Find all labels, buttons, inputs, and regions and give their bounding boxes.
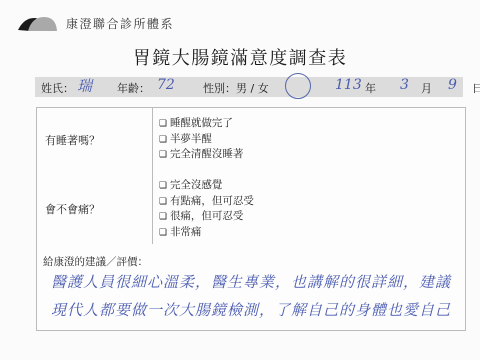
- option-checkbox[interactable]: 完全清醒沒睡著: [159, 147, 243, 163]
- option-checkbox[interactable]: 很痛，但可忍受: [159, 209, 254, 225]
- option-checkbox-checked[interactable]: 完全沒感覺: [159, 178, 254, 194]
- year-label: 年: [365, 80, 376, 96]
- age-label: 年齡：: [117, 80, 150, 96]
- divider: [152, 169, 153, 244]
- page-title: 胃鏡大腸鏡滿意度調查表: [0, 44, 480, 70]
- age-value[interactable]: 72: [157, 77, 175, 93]
- name-value[interactable]: 瑞: [77, 75, 92, 96]
- question-pain: 會不會痛？ 完全沒感覺 有點痛，但可忍受 很痛，但可忍受 非常痛: [36, 169, 466, 245]
- option-checkbox[interactable]: 睡醒就做完了: [159, 116, 243, 132]
- question-label: 會不會痛？: [45, 201, 100, 217]
- option-checkbox[interactable]: 非常痛: [159, 225, 254, 241]
- option-checkbox[interactable]: 有點痛，但可忍受: [159, 194, 254, 210]
- name-label: 姓氏：: [41, 80, 74, 96]
- day-label: 日: [472, 80, 480, 96]
- question-label: 有睡著嗎？: [45, 132, 100, 148]
- year-value[interactable]: 113: [335, 77, 362, 93]
- feedback-section: 給康澄的建議／評價： 醫護人員很細心溫柔，醫生專業，也講解的很詳細，建議現代人都…: [36, 244, 466, 331]
- month-value[interactable]: 3: [400, 77, 409, 93]
- gender-selected-circle[interactable]: [285, 73, 311, 99]
- feedback-text[interactable]: 醫護人員很細心溫柔，醫生專業，也講解的很詳細，建議現代人都要做一次大腸鏡檢測，了…: [51, 268, 456, 324]
- gender-label: 性別：男 / 女: [203, 80, 269, 96]
- feedback-label: 給康澄的建議／評價：: [43, 254, 148, 269]
- question-sleep: 有睡著嗎？ 睡醒就做完了 半夢半醒 完全清醒沒睡著: [36, 107, 466, 171]
- month-label: 月: [421, 80, 432, 96]
- clinic-logo-icon: [16, 16, 58, 32]
- brand-name: 康澄聯合診所體系: [66, 15, 174, 32]
- option-checkbox-checked[interactable]: 半夢半醒: [159, 132, 243, 148]
- day-value[interactable]: 9: [448, 77, 457, 93]
- divider: [152, 108, 153, 170]
- info-bar: 姓氏： 瑞 年齡： 72 性別：男 / 女 113 年 3 月 9 日: [35, 77, 463, 97]
